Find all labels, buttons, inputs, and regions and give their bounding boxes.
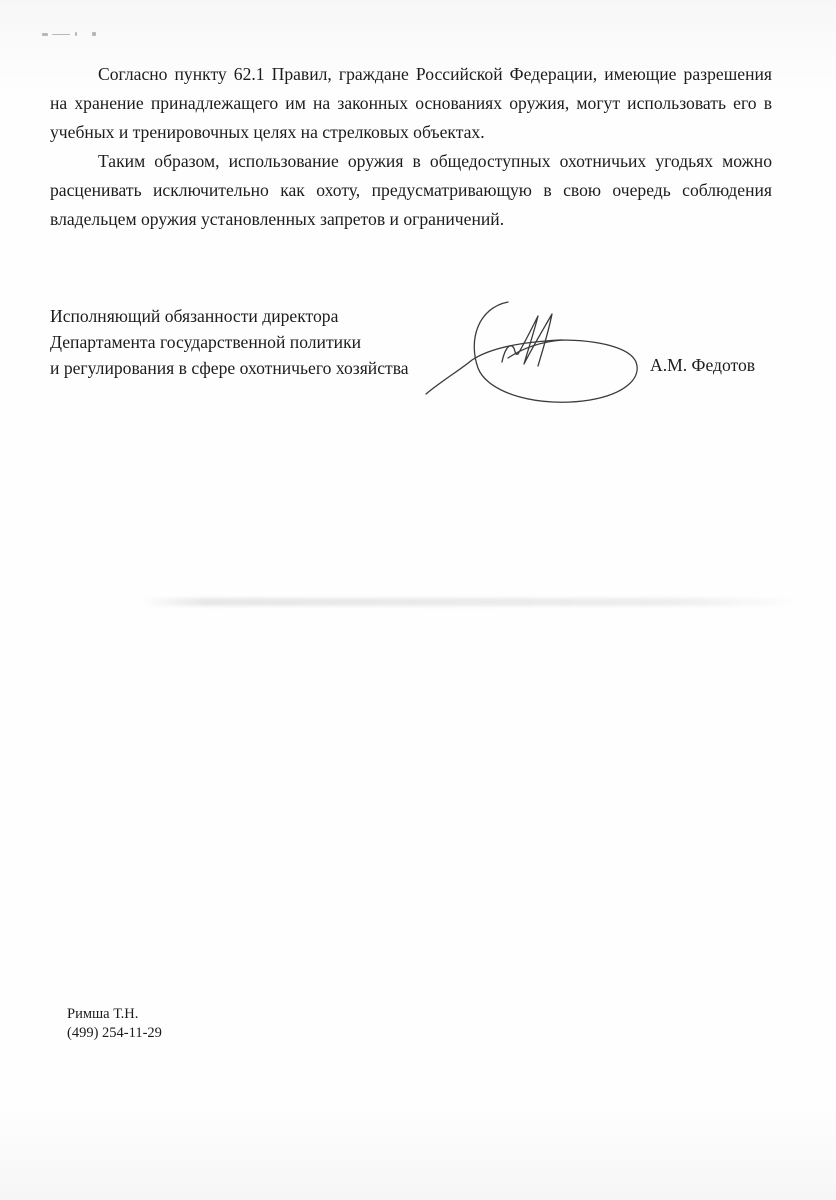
paragraph-1: Согласно пункту 62.1 Правил, граждане Ро… — [50, 60, 772, 147]
position-line-2: Департамента государственной политики — [50, 329, 409, 355]
signatory-position: Исполняющий обязанности директора Департ… — [50, 303, 409, 381]
handwritten-signature-icon — [420, 290, 650, 410]
scan-artifact — [42, 30, 98, 38]
signer-name: А.М. Федотов — [650, 355, 755, 376]
executor-contact: Римша Т.Н. (499) 254-11-29 — [67, 1005, 162, 1043]
executor-phone: (499) 254-11-29 — [67, 1024, 162, 1043]
executor-name: Римша Т.Н. — [67, 1005, 162, 1024]
scanned-page: Согласно пункту 62.1 Правил, граждане Ро… — [0, 0, 836, 1200]
scan-bleed-through — [140, 598, 800, 606]
paragraph-text: Согласно пункту 62.1 Правил, граждане Ро… — [50, 60, 772, 147]
position-line-1: Исполняющий обязанности директора — [50, 303, 409, 329]
paragraph-2: Таким образом, использование оружия в об… — [50, 147, 772, 234]
paragraph-text: Таким образом, использование оружия в об… — [50, 147, 772, 234]
position-line-3: и регулирования в сфере охотничьего хозя… — [50, 355, 409, 381]
